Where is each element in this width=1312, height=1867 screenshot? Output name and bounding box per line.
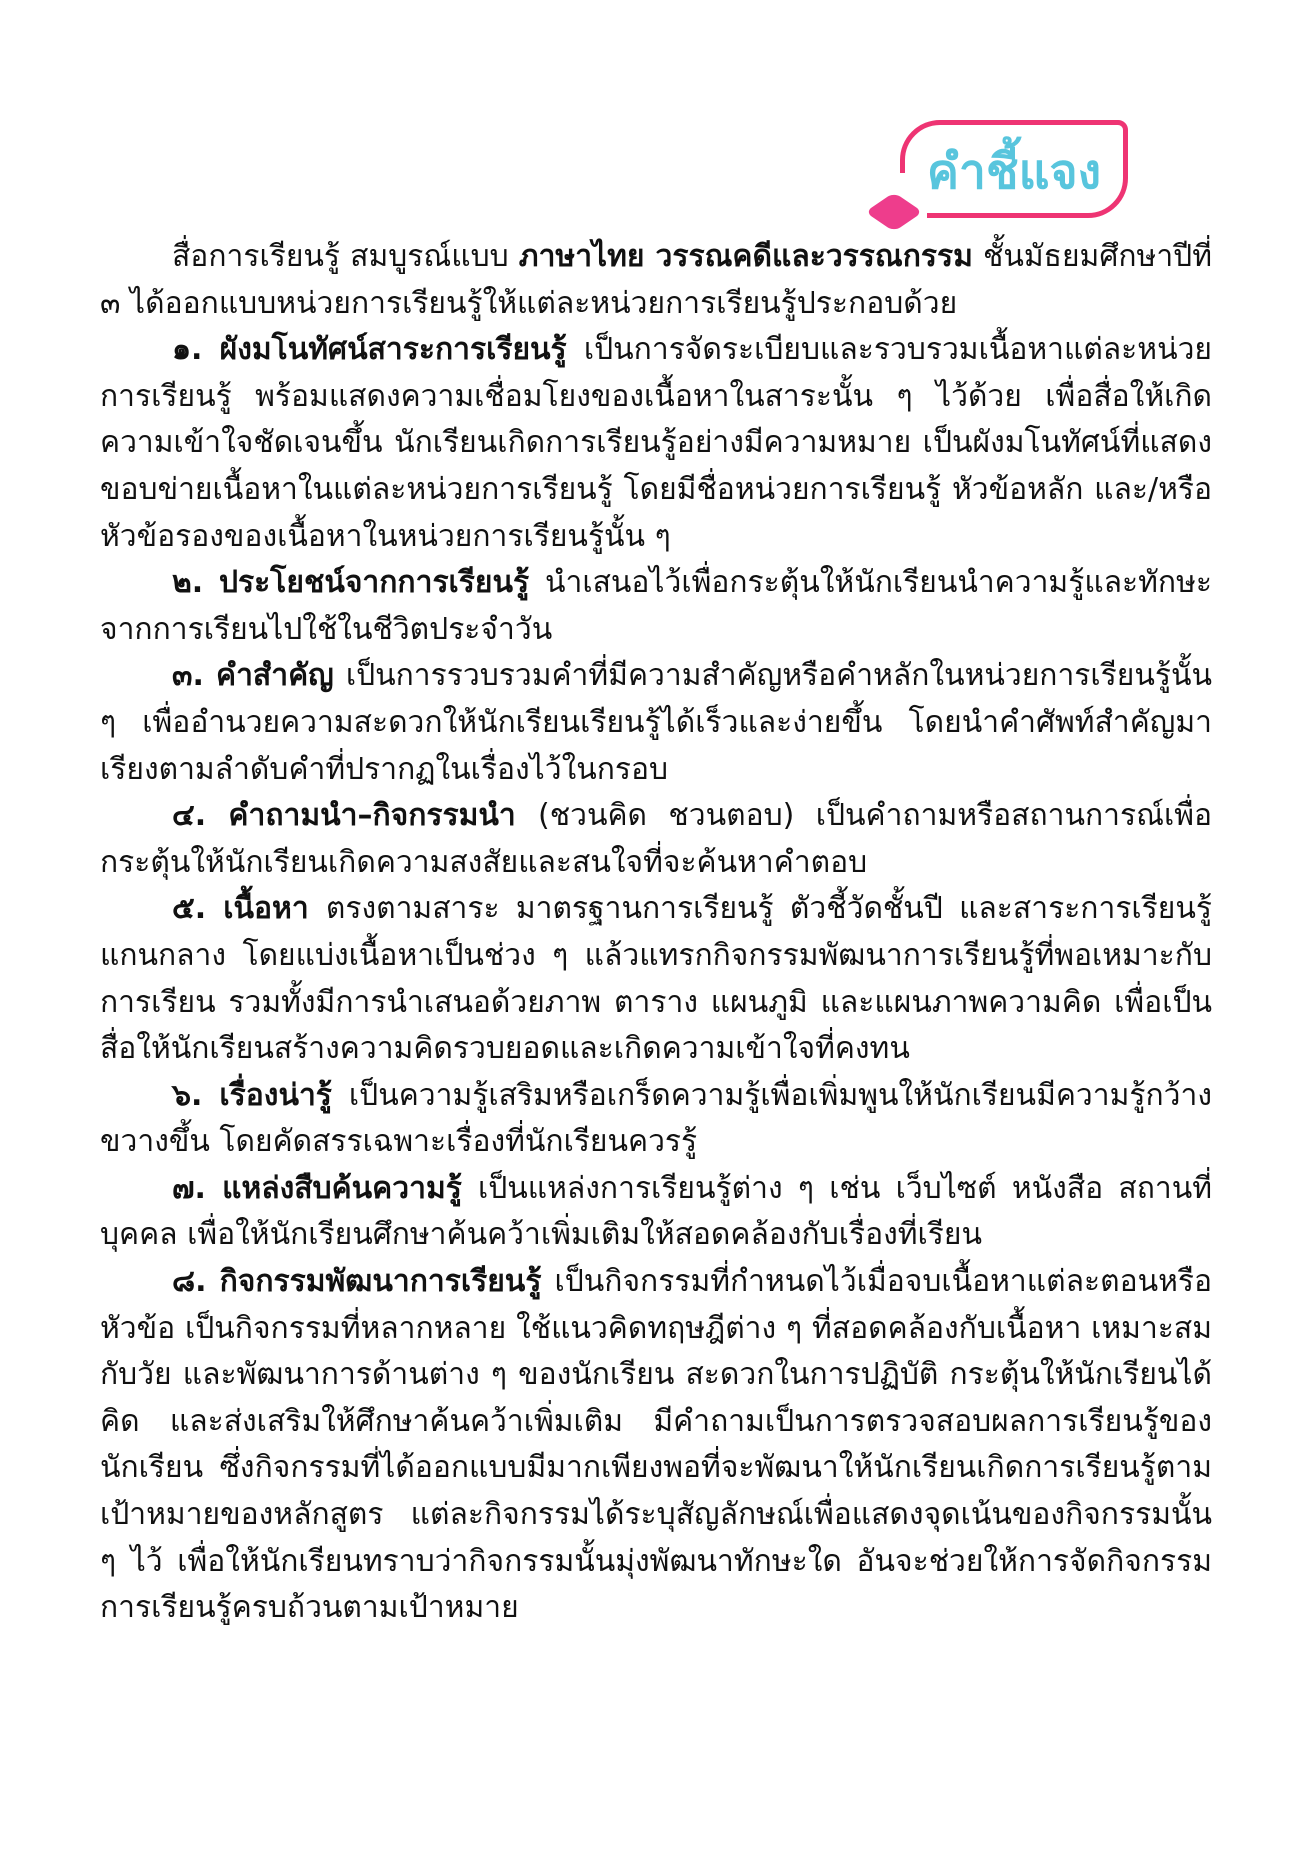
text-run-bold: ๒. ประโยชน์จากการเรียนรู้ <box>172 565 545 600</box>
text-run-bold: ๖. เรื่องน่ารู้ <box>172 1078 349 1113</box>
text-run-bold: ภาษาไทย วรรณคดีและวรรณกรรม <box>519 239 973 274</box>
paragraph: ๔. คำถามนำ–กิจกรรมนำ (ชวนคิด ชวนตอบ) เป็… <box>100 793 1212 886</box>
paragraph: ๓. คำสำคัญ เป็นการรวบรวมคำที่มีความสำคัญ… <box>100 653 1212 793</box>
paragraph: ๖. เรื่องน่ารู้ เป็นความรู้เสริมหรือเกร็… <box>100 1073 1212 1166</box>
text-run-bold: ๓. คำสำคัญ <box>172 658 346 693</box>
paragraph: ๗. แหล่งสืบค้นความรู้ เป็นแหล่งการเรียนร… <box>100 1166 1212 1259</box>
paragraph: ๘. กิจกรรมพัฒนาการเรียนรู้ เป็นกิจกรรมที… <box>100 1259 1212 1632</box>
paragraph: ๑. ผังมโนทัศน์สาระการเรียนรู้ เป็นการจัด… <box>100 327 1212 560</box>
text-run-bold: ๗. แหล่งสืบค้นความรู้ <box>172 1171 478 1206</box>
document-page: คำชี้แจง สื่อการเรียนรู้ สมบูรณ์แบบ ภาษา… <box>0 0 1312 1867</box>
text-run: เป็นกิจกรรมที่กำหนดไว้เมื่อจบเนื้อหาแต่ล… <box>100 1264 1212 1625</box>
text-run-bold: ๑. ผังมโนทัศน์สาระการเรียนรู้ <box>172 332 584 367</box>
paragraph: ๕. เนื้อหา ตรงตามสาระ มาตรฐานการเรียนรู้… <box>100 886 1212 1072</box>
text-run-bold: ๕. เนื้อหา <box>172 891 326 926</box>
text-run-bold: ๔. คำถามนำ–กิจกรรมนำ <box>172 798 538 833</box>
paragraph: ๒. ประโยชน์จากการเรียนรู้ นำเสนอไว้เพื่อ… <box>100 560 1212 653</box>
page-title: คำชี้แจง <box>927 142 1101 196</box>
text-run-bold: ๘. กิจกรรมพัฒนาการเรียนรู้ <box>172 1264 555 1299</box>
text-run: สื่อการเรียนรู้ สมบูรณ์แบบ <box>172 239 519 274</box>
body-paragraphs: สื่อการเรียนรู้ สมบูรณ์แบบ ภาษาไทย วรรณค… <box>100 234 1212 1632</box>
header-badge: คำชี้แจง <box>900 120 1128 218</box>
paragraph: สื่อการเรียนรู้ สมบูรณ์แบบ ภาษาไทย วรรณค… <box>100 234 1212 327</box>
